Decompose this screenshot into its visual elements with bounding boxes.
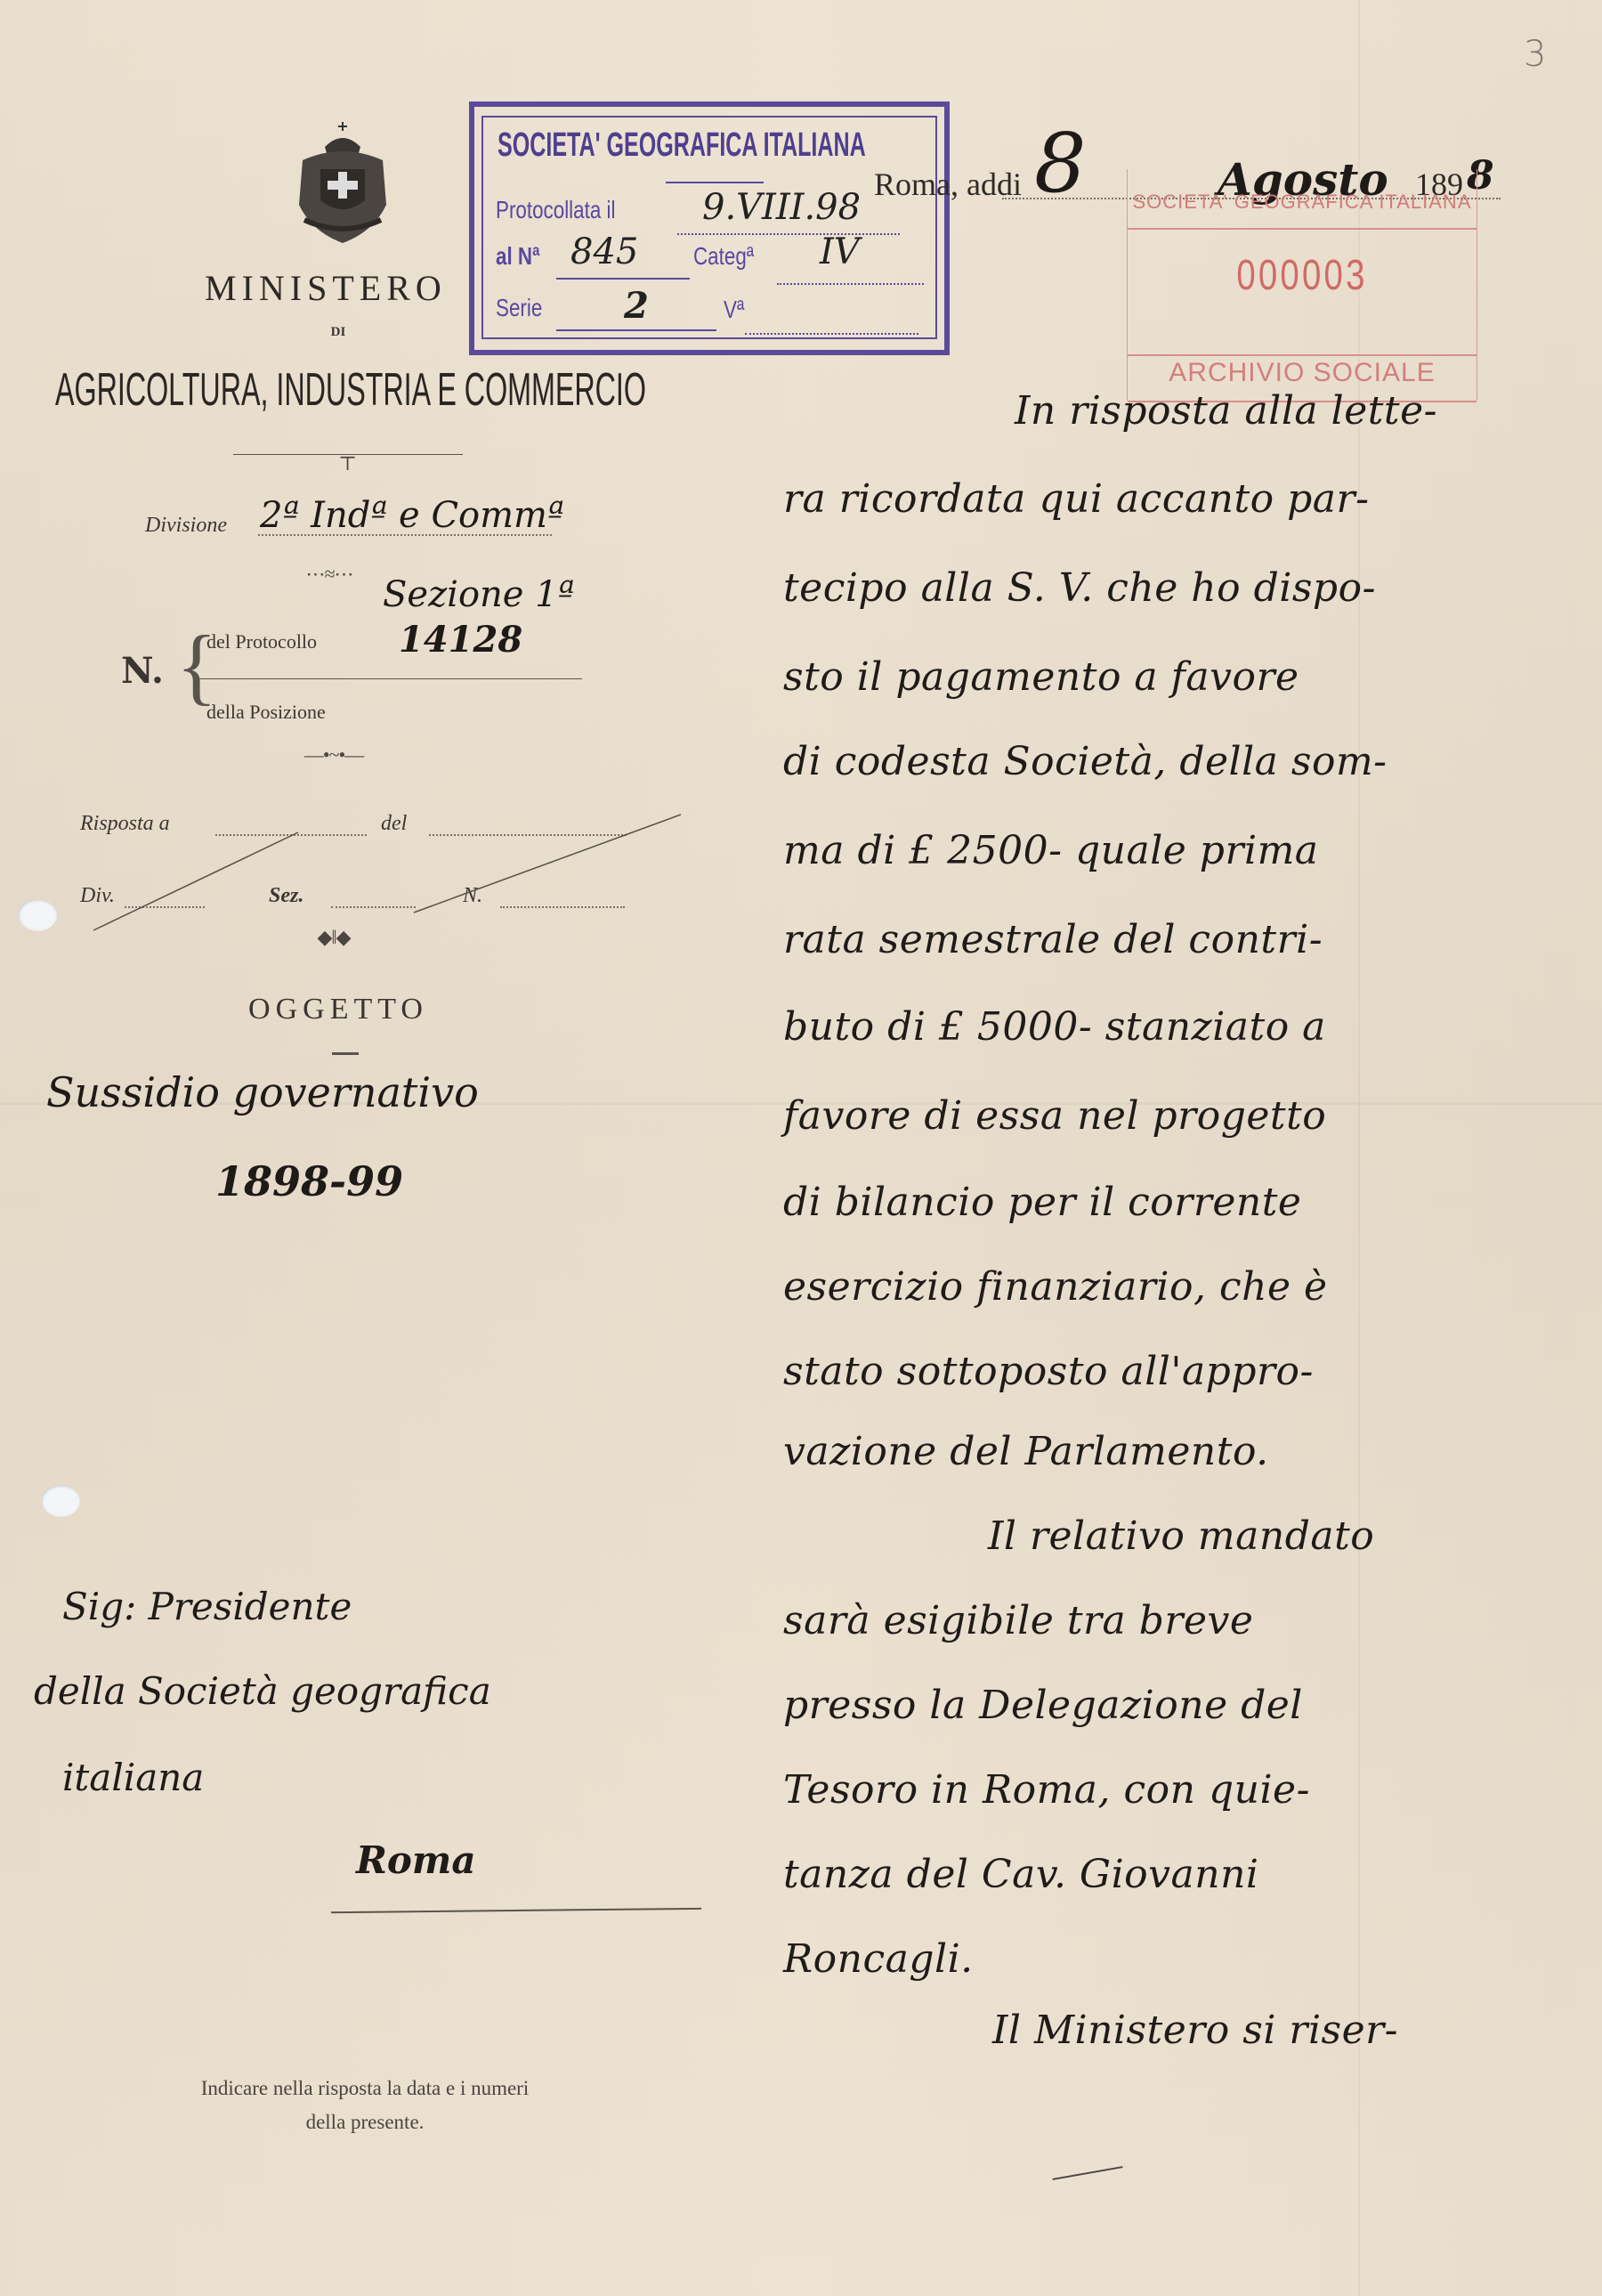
body-line: tecipo alla S. V. che ho dispo- [783, 565, 1376, 611]
divisione-value: 2ª Indª e Commª [260, 495, 564, 536]
date-day: 8 [1034, 116, 1087, 211]
ornament-divider-icon: —•~•— [271, 743, 396, 767]
stamp-categoria-value: IV [820, 231, 860, 272]
oggetto-label: OGGETTO [0, 993, 676, 1026]
addressee-line3: italiana [62, 1756, 204, 1799]
oggetto-line2: 1898-99 [215, 1157, 403, 1205]
stamp-field-line [556, 329, 716, 331]
ornament-divider-icon: ⊤ [320, 452, 374, 475]
body-line: Roncagli. [783, 1936, 974, 1982]
stamp-numero-label: al Nª [496, 242, 539, 271]
body-line: Il Ministero si riser- [992, 2008, 1398, 2053]
sezione-value: Sezione 1ª [383, 574, 575, 615]
oggetto-rule [332, 1052, 359, 1055]
body-line: In risposta alla lette- [1015, 388, 1437, 434]
stamp-rule [666, 182, 764, 183]
body-line: favore di essa nel progetto [783, 1093, 1326, 1139]
catchword-stroke [1052, 2166, 1122, 2180]
footer-note-line2: della presente. [53, 2105, 676, 2139]
punch-hole [18, 899, 57, 931]
body-line: sarà esigibile tra breve [783, 1598, 1253, 1643]
stamp-field-line [677, 233, 900, 235]
punch-hole [41, 1485, 80, 1517]
body-line: vazione del Parlamento. [783, 1429, 1269, 1474]
stamp-protocollata-value: 9.VIII.98 [702, 187, 861, 228]
stamp-field-line [745, 333, 918, 335]
stamp-categoria-label: Categª [693, 242, 754, 271]
archive-stamp-rule [1128, 228, 1477, 230]
footer-note-line1: Indicare nella risposta la data e i nume… [53, 2072, 676, 2105]
addressee-line1: Sig: Presidente [62, 1585, 352, 1628]
body-line: ma di £ 2500- quale prima [783, 828, 1319, 873]
addressee-line4: Roma [356, 1838, 476, 1882]
body-line: esercizio finanziario, che è [783, 1264, 1328, 1310]
royal-coat-of-arms-icon [294, 120, 392, 245]
numero-symbol: N. [121, 650, 164, 692]
body-line: Il relativo mandato [988, 1513, 1374, 1559]
addressee-line2: della Società geografica [34, 1669, 491, 1713]
addressee-underline [331, 1908, 701, 1913]
footer-note: Indicare nella risposta la data e i nume… [53, 2072, 676, 2139]
page-number: 3 [1524, 34, 1546, 75]
stamp-serie-value: 2 [624, 285, 649, 327]
body-line: rata semestrale del contri- [783, 917, 1323, 962]
registry-stamp: SOCIETA' GEOGRAFICA ITALIANA Protocollat… [469, 101, 950, 355]
body-line: stato sottoposto all'appro- [783, 1349, 1314, 1394]
ornament-divider-icon: ◆‖◆ [294, 926, 374, 949]
archive-stamp-bottom: ARCHIVIO SOCIALE [1128, 358, 1477, 388]
field-rule [198, 678, 582, 679]
stamp-protocollata-label: Protocollata il [496, 196, 615, 224]
stamp-serie-label: Serie [496, 294, 542, 322]
stamp-title: SOCIETA' GEOGRAFICA ITALIANA [498, 126, 866, 165]
body-line: di codesta Società, della som- [783, 739, 1388, 784]
stamp-numero-value: 845 [570, 231, 638, 272]
ornament-divider-icon: ⋯≈⋯ [285, 563, 374, 586]
body-line: buto di £ 5000- stanziato a [783, 1004, 1326, 1050]
body-line: tanza del Cav. Giovanni [783, 1852, 1258, 1897]
body-line: Tesoro in Roma, con quie- [783, 1767, 1310, 1813]
archive-stamp-rule [1128, 354, 1477, 356]
divisione-label: Divisione [145, 514, 227, 538]
archive-stamp-number: 000003 [1162, 251, 1442, 300]
posizione-label: della Posizione [206, 701, 326, 724]
archive-stamp-top: SOCIETA' GEOGRAFICA ITALIANA [1128, 191, 1477, 214]
protocollo-value: 14128 [399, 619, 522, 661]
oggetto-line1: Sussidio governativo [46, 1068, 479, 1116]
stamp-v-label: Vª [724, 296, 744, 324]
place-label: Roma, addi [874, 166, 1022, 203]
ministry-name-line3: AGRICOLTURA, INDUSTRIA E COMMERCIO [55, 363, 646, 417]
stamp-field-line [556, 278, 690, 280]
archive-stamp: SOCIETA' GEOGRAFICA ITALIANA 000003 ARCH… [1127, 169, 1477, 401]
body-line: ra ricordata qui accanto par- [783, 476, 1369, 522]
body-line: di bilancio per il corrente [783, 1180, 1301, 1225]
stamp-field-line [777, 283, 924, 285]
ministry-name-line1: MINISTERO [205, 267, 447, 309]
body-line: presso la Delegazione del [783, 1683, 1303, 1728]
strike-through-lines [85, 806, 690, 939]
body-line: sto il pagamento a favore [783, 654, 1299, 700]
protocollo-label: del Protocollo [206, 630, 317, 653]
